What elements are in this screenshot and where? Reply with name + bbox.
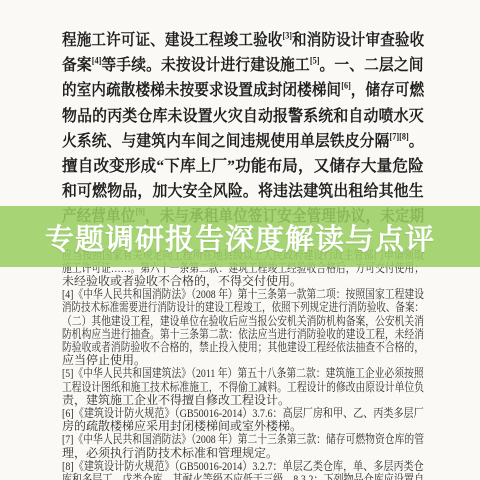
text-line: 程施工许可证、建设工程竣工验收[3]和消防设计审查验收 bbox=[62, 28, 390, 53]
text-line: 防验收或者消防验收不合格的，禁止投入使用；其他建设工程经依法抽查不合格的， bbox=[62, 341, 357, 354]
banner-title: 专题调研报告深度解读与点评 bbox=[45, 216, 435, 258]
footnotes: 应当按照国家有关规定向工程所在地县级以上人民政府建设行政主管部门申请领取施工许可… bbox=[62, 249, 424, 480]
text-line: 和可燃物品，加大安全风险。将违法建筑出租给其他生 bbox=[62, 179, 399, 204]
document-page: 程施工许可证、建设工程竣工验收[3]和消防设计审查验收备案[4]等手续。未按设计… bbox=[0, 0, 480, 480]
body-paragraph: 程施工许可证、建设工程竣工验收[3]和消防设计审查验收备案[4]等手续。未按设计… bbox=[62, 0, 424, 230]
headline-banner-overlay: 专题调研报告深度解读与点评 bbox=[0, 206, 480, 267]
text-line: 库和多层丁、戊类仓库，其耐火等级不应低于三级。8.3.2：下列物品仓库应设置自 bbox=[62, 473, 365, 480]
text-line: [7]《中华人民共和国消防法》（2008 年）第二十三条第三款：储存可燃物资仓库… bbox=[62, 433, 358, 446]
text-line: 的室内疏散楼梯未按要求设置成封闭楼梯间[6]，储存可燃 bbox=[62, 78, 390, 103]
text-line: 火系统、与建筑内车间之间违规使用单层铁皮分隔[7][8]。 bbox=[62, 129, 395, 154]
text-line: 擅自改变形成“下库上厂”功能布局，又储存大量危险 bbox=[62, 154, 413, 179]
text-line: [6]《建筑设计防火规范》（GB50016-2014）3.7.6：高层厂房和甲、… bbox=[62, 407, 366, 420]
text-line: 备案[4]等手续。未按设计进行建设施工[5]。一、二层之间 bbox=[62, 53, 395, 78]
text-line: 工程设计图纸和施工技术标准施工，不得偷工减料。工程设计的修改由原设计单位负 bbox=[62, 381, 357, 394]
text-line: 物品的丙类仓库未设置火灾自动报警系统和自动喷水灭 bbox=[62, 104, 399, 129]
